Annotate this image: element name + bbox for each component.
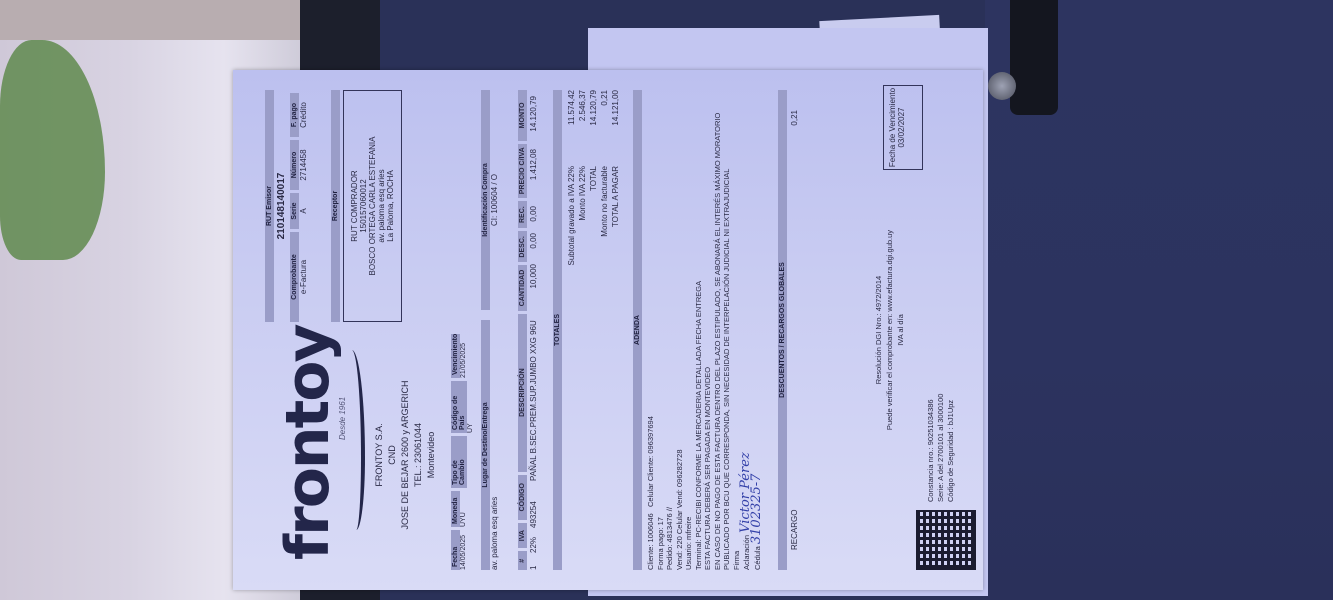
adenda-vendedor: Vend: 220 Celular Vend: 096282728 <box>675 90 685 570</box>
total-label: Monto no facturable <box>599 166 610 286</box>
issuer-name: FRONTOY S.A. <box>373 350 386 560</box>
recargo-label: RECARGO <box>790 510 799 550</box>
total-value: 14.120,79 <box>588 90 599 150</box>
adenda-block: ADENDA Cliente: 1006046 Celular Cliente:… <box>633 90 762 570</box>
fecha-vencimiento-label: Fecha de Vencimiento <box>888 86 897 169</box>
items-header-cell: DESC. <box>518 231 527 262</box>
item-precio: 1.412,08 <box>529 149 538 203</box>
totales-label: TOTALES <box>553 90 562 570</box>
items-header-cell: IVA <box>518 523 527 549</box>
item-descripcion: PAÑAL B.SEC.PREM.SUP.JUMBO XXG 96U <box>529 311 538 481</box>
tipo-cambio-label: Tipo de Cambio <box>451 436 467 488</box>
logo-swoosh <box>343 350 365 530</box>
item-monto: 14.120,79 <box>529 96 538 146</box>
comprobante-value: e-Factura <box>299 232 308 322</box>
total-label: Monto IVA 22% <box>577 166 588 286</box>
fecha-vencimiento-value: 03/02/2027 <box>897 86 906 169</box>
serie-label: Serie <box>290 193 299 229</box>
numero-value: 2714458 <box>299 140 308 190</box>
item-n: 1 <box>529 556 538 570</box>
serie-rango: Serie: A del 2700101 al 3000100 <box>936 394 946 502</box>
items-header-cell: CANTIDAD <box>518 265 527 310</box>
cedula-label: Cédula <box>753 546 762 570</box>
adenda-legal-3: PUBLICADO POR BCU QUE CORRESPONDA, SIN N… <box>722 90 732 570</box>
table-row: 122%493254PAÑAL B.SEC.PREM.SUP.JUMBO XXG… <box>529 90 538 570</box>
rut-emisor-value: 210148140017 <box>276 90 287 322</box>
fpago-label: F. pago <box>290 93 299 137</box>
comprobante-label: Comprobante <box>290 232 299 322</box>
fecha-vencimiento-box: Fecha de Vencimiento 03/02/2027 <box>883 85 923 170</box>
adenda-legal-1: ESTA FACTURA DEBERÁ SER PAGADA EN MONTEV… <box>703 90 713 570</box>
receptor-rut: 150157060012 <box>359 93 368 319</box>
codigo-pais-label: Código de País <box>451 381 467 433</box>
totals-block: TOTALES Subtotal gravado a IVA 22%11.574… <box>553 90 621 570</box>
total-value: 0,21 <box>599 90 610 150</box>
items-header-cell: DESCRIPCIÓN <box>518 314 527 472</box>
total-line: Monto IVA 22%2.546,37 <box>577 90 588 570</box>
receptor-label: Receptor <box>331 90 340 322</box>
serie-value: A <box>299 193 308 229</box>
adenda-usuario: Usuario: mfreire <box>684 90 694 570</box>
destino-row: Lugar de Destino/Entregaav. paloma esq a… <box>481 90 499 570</box>
receptor-city: La Paloma, ROCHA <box>386 93 395 319</box>
receptor-name: BOSCO ORTEGA CARLA ESTEFANIA <box>368 93 377 319</box>
vencimiento-value: 21/05/2025 <box>460 334 467 378</box>
screw-icon <box>988 72 1016 100</box>
background-wall <box>0 0 320 40</box>
fecha-value: 14/05/2025 <box>460 530 467 570</box>
items-header-cell: MONTO <box>518 90 527 141</box>
moneda-value: UYU <box>460 491 467 527</box>
issuer-phone: TEL.: 23061044 <box>412 350 425 560</box>
adenda-cliente: Cliente: 1006046 <box>646 513 655 570</box>
constancia: Constancia nro.: 90251034386 <box>926 394 936 502</box>
fpago-value: Crédito <box>299 93 308 137</box>
brand-logo: frontoy <box>273 360 343 560</box>
rut-emisor-box: RUT Emisor 210148140017 Comprobantee-Fac… <box>265 90 308 322</box>
adenda-forma-pago: Forma pago: 17 <box>656 90 666 570</box>
item-rec: 0,00 <box>529 206 538 230</box>
moneda-label: Moneda <box>451 491 460 527</box>
issuer-city: Montevideo <box>425 350 438 560</box>
items-header-cell: CÓDIGO <box>518 475 527 520</box>
issuer-block: FRONTOY S.A. CND JOSE DE BEJAR 2600 y AR… <box>373 350 438 560</box>
invoice-document: frontoy Desde 1961 FRONTOY S.A. CND JOSE… <box>233 70 983 590</box>
descuentos-label: DESCUENTOS / RECARGOS GLOBALES <box>778 90 787 570</box>
firma-label: Firma <box>732 551 741 570</box>
codigo-seguridad: Código de Seguridad : bJ1Upz <box>946 394 956 502</box>
issuer-branch: CND <box>386 350 399 560</box>
total-label: TOTAL A PAGAR <box>610 166 621 286</box>
id-compra-label: Identificación Compra <box>481 90 490 310</box>
items-header-cell: PRECIO C/IVA <box>518 144 527 198</box>
destino-value: av. paloma esq aries <box>490 320 499 570</box>
adenda-terminal: Terminal: PC-RECIBI CONFORME LA MERCADER… <box>694 90 704 570</box>
items-header-cell: REC. <box>518 201 527 228</box>
receptor-rut-label: RUT COMPRADOR <box>350 93 359 319</box>
adenda-celular: Celular Cliente: 096397694 <box>646 416 655 507</box>
total-line: Subtotal gravado a IVA 22%11.574,42 <box>566 90 577 570</box>
meta-grid: Fecha14/05/2025 MonedaUYU Tipo de Cambio… <box>451 340 474 570</box>
cedula-handwritten: 3102325-7 <box>749 474 764 545</box>
id-compra-value: CI: 100604 / O <box>490 90 499 310</box>
brand-tagline: Desde 1961 <box>338 397 347 440</box>
descuentos-block: DESCUENTOS / RECARGOS GLOBALES RECARGO 0… <box>778 90 799 570</box>
adenda-pedido: Pedido: 4813476 // <box>665 90 675 570</box>
adenda-label: ADENDA <box>633 90 642 570</box>
numero-label: Número <box>290 140 299 190</box>
receptor-block: Receptor RUT COMPRADOR 150157060012 BOSC… <box>331 90 402 322</box>
items-table: #IVACÓDIGODESCRIPCIÓNCANTIDADDESC.REC.PR… <box>518 90 538 570</box>
qr-code <box>916 510 976 570</box>
receptor-address: av. paloma esq aries <box>377 93 386 319</box>
metal-bracket <box>1010 0 1058 115</box>
issuer-address: JOSE DE BEJAR 2600 y ARGERICH <box>399 350 412 560</box>
total-value: 2.546,37 <box>577 90 588 150</box>
total-label: Subtotal gravado a IVA 22% <box>566 166 577 286</box>
destino-label: Lugar de Destino/Entrega <box>481 320 490 570</box>
total-line: Monto no facturable0,21 <box>599 90 610 570</box>
adenda-legal-2: EN CASO DE NO PAGO DE ESTA FACTURA DENTR… <box>713 90 723 570</box>
total-label: TOTAL <box>588 166 599 286</box>
total-value: 11.574,42 <box>566 90 577 150</box>
total-line: TOTAL A PAGAR14.121,00 <box>610 90 621 570</box>
codigo-pais-value: UY <box>467 381 474 433</box>
recargo-value: 0,21 <box>790 110 799 126</box>
rut-emisor-label: RUT Emisor <box>265 90 274 322</box>
total-value: 14.121,00 <box>610 90 621 150</box>
fecha-label: Fecha <box>451 530 460 570</box>
item-iva: 22% <box>529 531 538 553</box>
total-line: TOTAL14.120,79 <box>588 90 599 570</box>
item-codigo: 493254 <box>529 484 538 528</box>
items-header-cell: # <box>518 552 527 571</box>
vencimiento-label: Vencimiento <box>451 334 460 378</box>
item-desc: 0,00 <box>529 233 538 261</box>
item-cantidad: 10,000 <box>529 264 538 308</box>
